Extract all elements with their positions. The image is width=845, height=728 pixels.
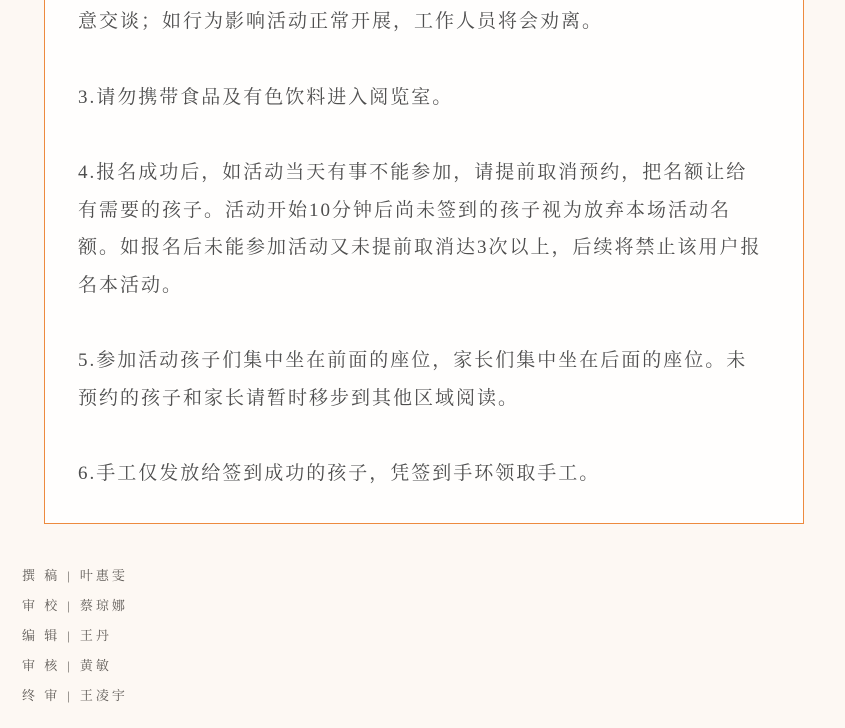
notice-line: 3.请勿携带食品及有色饮料进入阅览室。 (78, 79, 770, 117)
credits-block: 撰 稿|叶惠雯 审 校|蔡琼娜 编 辑|王丹 审 核|黄敏 终 审|王凌宇 (22, 561, 128, 711)
credit-role: 终 审 (22, 688, 60, 703)
notice-line: 4.报名成功后，如活动当天有事不能参加，请提前取消预约，把名额让给 (78, 154, 770, 192)
notice-line: 名本活动。 (78, 267, 770, 305)
credit-role: 编 辑 (22, 628, 60, 643)
notice-box: 意交谈；如行为影响活动正常开展，工作人员将会劝离。 3.请勿携带食品及有色饮料进… (44, 0, 804, 524)
notice-line: 6.手工仅发放给签到成功的孩子，凭签到手环领取手工。 (78, 455, 770, 493)
credit-row-reviewer: 审 核|黄敏 (22, 651, 128, 681)
notice-paragraph: 5.参加活动孩子们集中坐在前面的座位，家长们集中坐在后面的座位。未 预约的孩子和… (78, 342, 770, 417)
credit-name: 黄敏 (80, 658, 112, 673)
notice-line: 意交谈；如行为影响活动正常开展，工作人员将会劝离。 (78, 3, 770, 41)
credit-name: 王凌宇 (80, 688, 128, 703)
credit-separator: | (67, 681, 73, 711)
notice-line: 额。如报名后未能参加活动又未提前取消达3次以上，后续将禁止该用户报 (78, 229, 770, 267)
notice-paragraph: 3.请勿携带食品及有色饮料进入阅览室。 (78, 79, 770, 117)
credit-name: 王丹 (80, 628, 112, 643)
notice-line: 有需要的孩子。活动开始10分钟后尚未签到的孩子视为放弃本场活动名 (78, 192, 770, 230)
credit-row-proofreader: 审 校|蔡琼娜 (22, 591, 128, 621)
notice-paragraph: 意交谈；如行为影响活动正常开展，工作人员将会劝离。 (78, 3, 770, 41)
credit-role: 审 核 (22, 658, 60, 673)
credit-role: 撰 稿 (22, 568, 60, 583)
credit-separator: | (67, 651, 73, 681)
credit-separator: | (67, 591, 73, 621)
credit-name: 叶惠雯 (80, 568, 128, 583)
credit-separator: | (67, 621, 73, 651)
credit-separator: | (67, 561, 73, 591)
credit-name: 蔡琼娜 (80, 598, 128, 613)
credit-row-final-reviewer: 终 审|王凌宇 (22, 681, 128, 711)
notice-paragraph: 4.报名成功后，如活动当天有事不能参加，请提前取消预约，把名额让给 有需要的孩子… (78, 154, 770, 304)
credit-row-writer: 撰 稿|叶惠雯 (22, 561, 128, 591)
notice-line: 5.参加活动孩子们集中坐在前面的座位，家长们集中坐在后面的座位。未 (78, 342, 770, 380)
credit-row-editor: 编 辑|王丹 (22, 621, 128, 651)
notice-paragraph: 6.手工仅发放给签到成功的孩子，凭签到手环领取手工。 (78, 455, 770, 493)
notice-line: 预约的孩子和家长请暂时移步到其他区域阅读。 (78, 380, 770, 418)
credit-role: 审 校 (22, 598, 60, 613)
